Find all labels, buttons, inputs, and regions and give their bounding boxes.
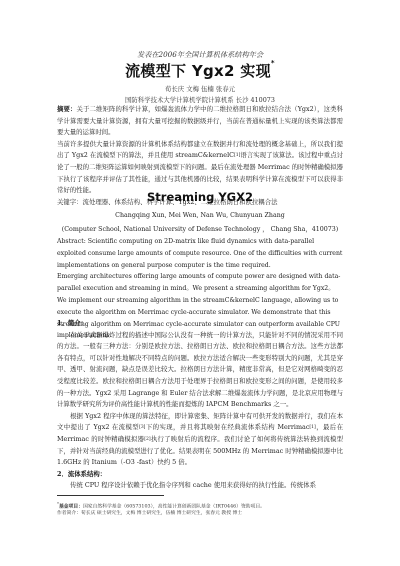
english-title: Streaming YGX2 [0,190,400,204]
section-1-p2-b: 下的实现，并且将其映射在经典流体系结构 Merrimac [145,423,309,431]
footnote-author-bio: 作者简介：荀长庆 硕士研究生，文梅 博士研究生，伍楠 博士研究生，张春元 教授 … [57,509,357,519]
footnote-divider [57,495,164,496]
abstract-cn-p1: 摘要：关于二维矩阵的科学计算，如爆轰流体力学中的二维拉格朗日和欧拉结合法（Ygx… [57,104,343,139]
abstract-cn-p2: 当前许多提供大量计算资源的计算机体系结构都建立在数据并行和流处理的概念基础上，所… [57,139,343,197]
english-authors: Changqing Xun, Mei Wen, Nan Wu, Chunyuan… [0,212,400,219]
body-section-1: 1．简介： 在关于武器爆炸过程的描述中国际公认没有一种统一的计算方法，只能针对不… [57,318,343,492]
section-2-p1: 传统 CPU 程序设计依赖于优化指令序列和 cache 使用来获得好的执行性能。… [57,480,343,492]
authors-cn: 荀长庆 文梅 伍楠 张春元 [0,84,400,93]
section-heading-stream-arch: 2．流体系结构： [57,469,343,481]
abstract-cn-text: 关于二维矩阵的科学计算，如爆轰流体力学中的二维拉格朗日和欧拉结合法（Ygx2），… [57,105,343,136]
section-heading-intro: 1．简介： [57,318,343,330]
english-affiliation: (Computer School, National University of… [0,224,400,233]
affiliation-cn: 国防科学技术大学计算机学院计算机系 长沙 410073 [0,95,400,104]
abstract-en-p1: Abstract: Scientific computing on 2D-mat… [57,236,343,271]
abstract-cn-label: 摘要： [57,105,77,113]
paper-title: 流模型下 Ygx2 实现* [0,60,400,81]
title-footnote-mark: * [271,59,275,67]
venue-line: 发表在2006年全国计算机体系结构年会 [0,50,400,60]
section-1-p2: 根据 Ygx2 程序中体现的算法特征，即计算密集、矩阵计算中有可供开发的数据并行… [57,411,343,469]
section-1-p1: 在关于武器爆炸过程的描述中国际公认没有一种统一的计算方法，只能针对不同的情况采用… [57,330,343,411]
title-text: 流模型下 Ygx2 实现 [125,62,271,80]
paper-page: 发表在2006年全国计算机体系结构年会 流模型下 Ygx2 实现* 荀长庆 文梅… [0,0,400,566]
